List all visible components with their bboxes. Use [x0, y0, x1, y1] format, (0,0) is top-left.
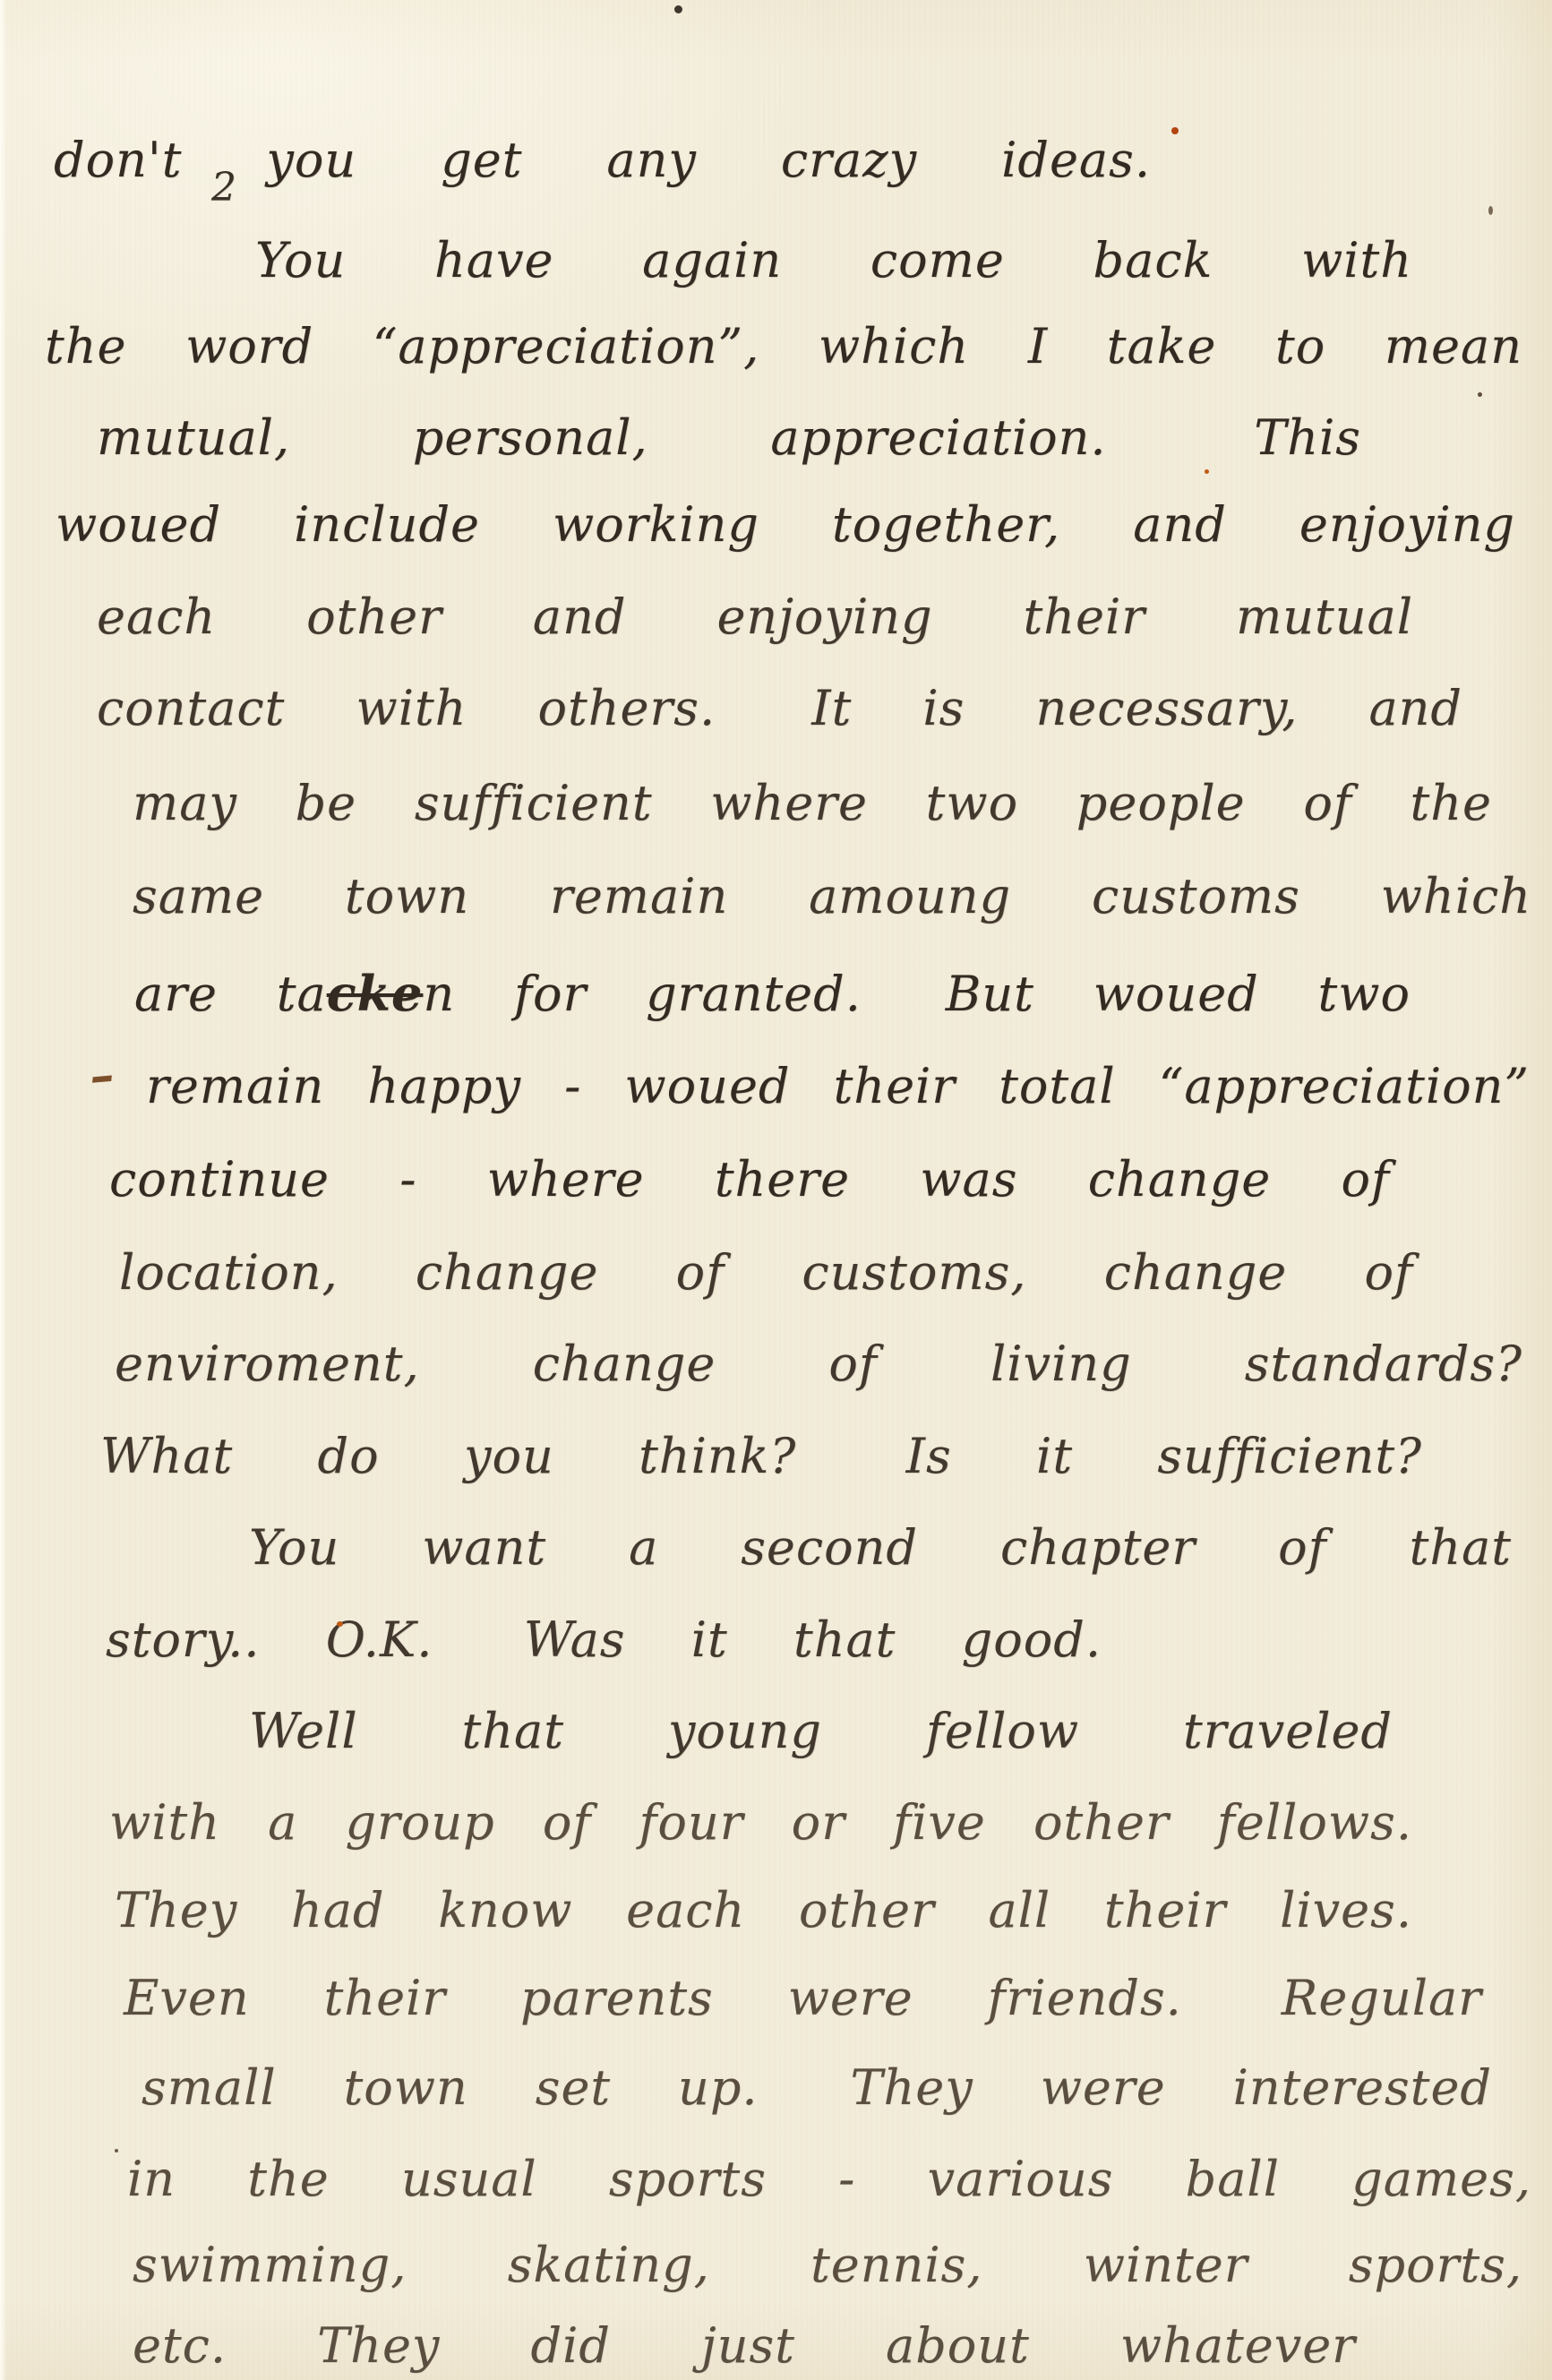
handwritten-line-20: They had know each other all their lives…	[115, 1876, 1412, 1946]
handwritten-line-19: with a group of four or five other fello…	[109, 1788, 1412, 1858]
handwritten-line-9: same town remain amoung customs which	[133, 862, 1531, 932]
margin-dash-mark: –	[87, 1045, 116, 1104]
handwritten-line-25: etc. They did just about whatever	[133, 2311, 1356, 2380]
handwritten-text-segment: n for granted. But woued two	[423, 966, 1411, 1022]
struck-out-text: cke	[327, 965, 424, 1022]
handwritten-line-10: are tacken for granted. But woued two	[134, 958, 1411, 1029]
handwritten-line-16: You want a second chapter of that	[249, 1513, 1512, 1583]
handwritten-line-13: location, change of customs, change of	[119, 1238, 1413, 1308]
handwritten-line-2: You have again come back with	[255, 226, 1412, 296]
ink-speck	[1205, 469, 1209, 474]
ink-speck	[337, 1621, 343, 1627]
ink-speck	[1478, 392, 1482, 397]
handwritten-line-21: Even their parents were friends. Regular	[124, 1963, 1482, 2033]
ink-speck	[674, 5, 682, 13]
handwritten-line-5: woued include working together, and enjo…	[56, 490, 1515, 560]
handwritten-line-17: story.. O.K. Was it that good.	[106, 1605, 1102, 1675]
ink-speck	[1171, 127, 1179, 134]
handwritten-line-6: each other and enjoying their mutual	[97, 582, 1413, 652]
handwritten-line-22: small town set up. They were interested	[141, 2053, 1492, 2123]
handwritten-line-24: swimming, skating, tennis, winter sports…	[133, 2230, 1522, 2300]
handwritten-line-7: contact with others. It is necessary, an…	[97, 674, 1462, 743]
handwritten-line-1: don't you get any crazy ideas.	[54, 125, 1151, 195]
handwritten-line-15: What do you think? Is it sufficient?	[100, 1422, 1422, 1491]
handwritten-line-12: continue - where there was change of	[109, 1145, 1390, 1215]
handwritten-text-segment: are ta	[134, 966, 327, 1022]
handwritten-line-18: Well that young fellow traveled	[249, 1697, 1393, 1766]
letter-page: 2 – don't you get any crazy ideas.You ha…	[0, 0, 1552, 2380]
handwritten-line-4: mutual, personal, appreciation. This	[97, 403, 1361, 473]
ink-speck	[1488, 206, 1493, 215]
handwritten-line-23: in the usual sports - various ball games…	[127, 2144, 1531, 2214]
handwritten-line-11: remain happy - woued their total “apprec…	[146, 1052, 1530, 1121]
ink-speck	[115, 2149, 118, 2152]
handwritten-line-8: may be sufficient where two people of th…	[133, 769, 1492, 838]
handwritten-line-14: enviroment, change of living standards?	[115, 1329, 1522, 1399]
handwritten-line-3: the word “appreciation”, which I take to…	[45, 312, 1522, 382]
